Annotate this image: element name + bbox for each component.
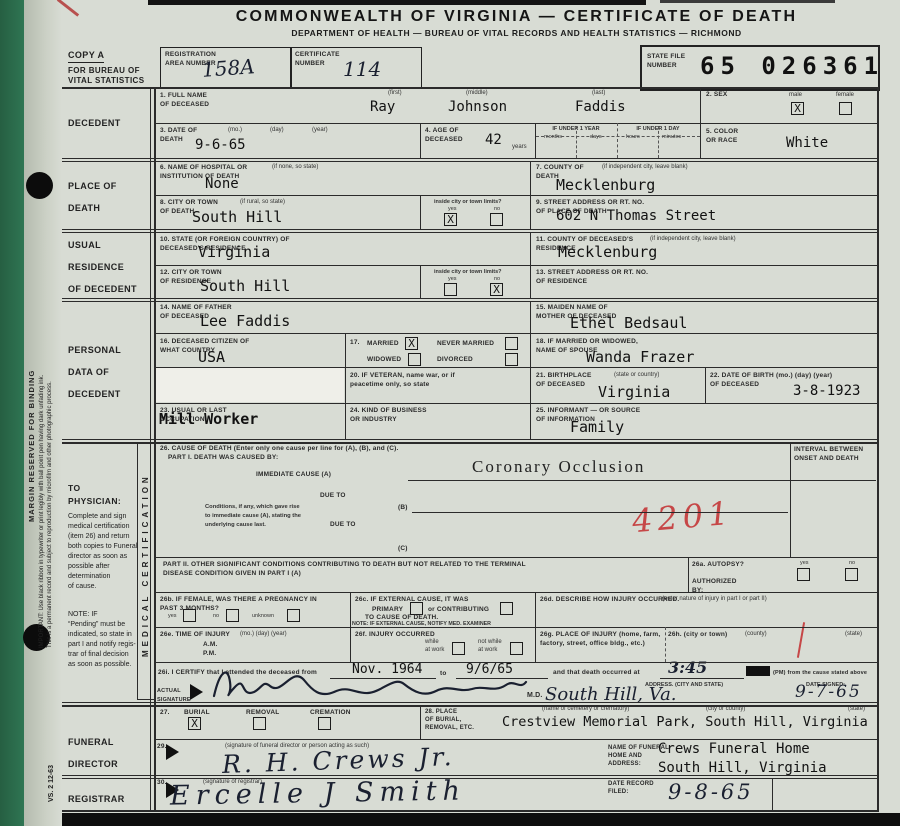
last-name-hint: (last) <box>592 90 605 98</box>
spouse-name-value: Wanda Frazer <box>586 348 694 366</box>
rule-line <box>530 301 531 333</box>
rule-line <box>535 627 536 662</box>
field-4-label: 4. AGE OF DECEASED <box>425 127 463 144</box>
field-6-hint: (if none, so state) <box>272 164 318 172</box>
race-value: White <box>786 135 828 151</box>
due-to-2-label: DUE TO <box>330 521 356 530</box>
field-7-hint: (if independent city, leave blank) <box>602 164 688 172</box>
rule-line <box>350 627 351 662</box>
rule-line <box>62 442 878 444</box>
field-26e-label: 26e. TIME OF INJURY <box>160 631 230 640</box>
field-26-label: 26. CAUSE OF DEATH (Enter only one cause… <box>160 445 399 454</box>
limits-question-death: inside city or town limits? <box>434 199 502 207</box>
autopsy-yes-checkbox <box>797 568 810 581</box>
form-code: VS. 2 12-63 <box>48 765 55 802</box>
copy-sublabel: FOR BUREAU OF VITAL STATISTICS <box>68 66 144 86</box>
section-personal-data: PERSONAL DATA OF DECEDENT <box>68 339 121 405</box>
rule-line <box>155 403 877 404</box>
rule-line <box>150 87 151 812</box>
pregnancy-unknown-label: unknown <box>252 613 274 621</box>
rule-line <box>530 403 531 439</box>
never-married-label: NEVER MARRIED <box>437 340 494 349</box>
rule-line <box>155 195 877 196</box>
rule-line <box>330 678 436 679</box>
autopsy-no-checkbox <box>845 568 858 581</box>
date-record-filed-label: DATE RECORD FILED: <box>608 780 654 796</box>
limits-death-no-checkbox <box>490 213 503 226</box>
physician-signature <box>208 662 528 702</box>
top-edge-bar-2 <box>660 0 835 3</box>
date-of-death-value: 9-6-65 <box>195 137 246 153</box>
rule-line <box>408 480 876 481</box>
rule-line <box>62 87 878 89</box>
rule-line <box>62 778 878 779</box>
punch-hole <box>26 172 53 199</box>
autopsy-yes-label: yes <box>800 560 809 568</box>
rule-line <box>350 592 351 627</box>
physician-instructions: Complete and sign medical certification … <box>68 512 152 592</box>
age-value: 42 <box>485 132 502 148</box>
conditions-note: Conditions, if any, which gave rise to i… <box>205 503 301 530</box>
field-21-label: 21. BIRTHPLACE OF DECEASED <box>536 372 592 389</box>
rule-line <box>155 123 877 124</box>
cause-code-handwritten: 4201 <box>631 494 735 541</box>
section-decedent: DECEDENT <box>68 112 121 134</box>
pregnancy-unknown-checkbox <box>287 609 300 622</box>
rule-line <box>155 627 877 628</box>
field-20-label: 20. IF VETERAN, name war, or if peacetim… <box>350 372 455 389</box>
pregnancy-no-checkbox <box>226 609 239 622</box>
state-hint-28: (state) <box>848 706 865 714</box>
deceased-first-name: Ray <box>370 99 395 115</box>
immediate-cause-label: IMMEDIATE CAUSE (A) <box>256 471 331 480</box>
cause-b-label: (B) <box>398 504 408 513</box>
autopsy-no-label: no <box>849 560 855 568</box>
age-unit: years <box>512 144 527 152</box>
rule-line <box>660 678 744 679</box>
county-of-death-value: Mecklenburg <box>556 176 655 194</box>
rule-line <box>62 702 878 703</box>
limits-question-residence: inside city or town limits? <box>434 269 502 277</box>
state-file-label: STATE FILE NUMBER <box>647 53 685 70</box>
pregnancy-no-label: no <box>213 613 219 621</box>
deceased-middle-name: Johnson <box>448 99 507 115</box>
dashed-rule-line <box>658 126 659 158</box>
dashed-rule-line <box>536 136 700 137</box>
rule-line <box>705 367 706 403</box>
section-funeral-director: FUNERAL DIRECTOR <box>68 731 118 775</box>
rule-line <box>155 739 877 740</box>
field-26f-label: 26f. INJURY OCCURRED <box>355 631 435 640</box>
am-label: A.M. <box>203 641 218 650</box>
rule-line <box>155 662 877 663</box>
section-place-of-death: PLACE OF DEATH <box>68 175 117 219</box>
male-checkbox: X <box>791 102 804 115</box>
dashed-rule-line <box>617 123 618 158</box>
certificate-number-value: 114 <box>343 57 381 81</box>
field-13-label: 13. STREET ADDRESS OR RT. NO. OF RESIDEN… <box>536 269 648 286</box>
field-24-label: 24. KIND OF BUSINESS OR INDUSTRY <box>350 407 427 424</box>
occupation-value: Mill Worker <box>159 410 258 428</box>
rule-line <box>456 678 548 679</box>
female-label: female <box>836 92 854 100</box>
hospital-value: None <box>205 176 239 192</box>
state-hint: (state) <box>845 631 862 639</box>
not-while-at-work-checkbox <box>510 642 523 655</box>
rule-line <box>700 123 701 158</box>
married-checkbox: X <box>405 337 418 350</box>
rule-line <box>530 265 531 298</box>
pending-note: NOTE: IF “Pending” must be indicated, so… <box>68 610 156 670</box>
field-21-hint: (state or country) <box>614 372 659 380</box>
month-hint: (mo.) <box>228 127 242 135</box>
rule-line <box>62 301 878 302</box>
not-while-at-work-label: not while at work <box>478 639 502 654</box>
rule-line <box>530 232 531 265</box>
am-strikeout: (AM) <box>746 666 770 676</box>
residence-city-value: South Hill <box>200 277 290 295</box>
field-3-label: 3. DATE OF DEATH <box>160 127 197 144</box>
rule-line <box>62 161 878 162</box>
field-28-label: 28. PLACE OF BURIAL, REMOVAL, ETC. <box>425 708 474 732</box>
rule-line <box>155 265 877 266</box>
date-signed-value: 9-7-65 <box>795 682 862 702</box>
burial-place-value: Crestview Memorial Park, South Hill, Vir… <box>502 714 868 730</box>
deceased-last-name: Faddis <box>575 99 626 115</box>
md-label: M.D. <box>527 692 543 701</box>
signature-arrow-physician <box>190 684 203 700</box>
field-26a-label: 26a. AUTOPSY? <box>692 561 744 570</box>
residence-county-value: Mecklenburg <box>558 243 657 261</box>
mother-name-value: Ethel Bedsaul <box>570 314 687 332</box>
pm-label: P.M. <box>203 650 216 659</box>
certificate-subtitle: DEPARTMENT OF HEALTH — BUREAU OF VITAL R… <box>155 28 878 38</box>
city-of-death-value: South Hill <box>192 208 282 226</box>
female-checkbox <box>839 102 852 115</box>
birthplace-value: Virginia <box>598 383 670 401</box>
limits-death-yes-checkbox: X <box>444 213 457 226</box>
middle-name-hint: (middle) <box>466 90 488 98</box>
widowed-checkbox <box>408 353 421 366</box>
field-1-label: 1. FULL NAME OF DECEASED <box>160 92 209 109</box>
cemetery-hint: (name of cemetery or crematory) <box>542 706 629 714</box>
dashed-rule-line <box>576 126 577 158</box>
section-usual-residence: USUAL RESIDENCE OF DECEDENT <box>68 234 137 300</box>
rule-line <box>420 265 421 298</box>
first-name-hint: (first) <box>388 90 402 98</box>
rule-line <box>154 87 156 812</box>
binding-important-note: IMPORTANT: Use black ribbon in typewrite… <box>38 258 54 648</box>
pregnancy-yes-label: yes <box>168 613 177 621</box>
year-hint: (year) <box>312 127 328 135</box>
rule-line <box>420 123 421 158</box>
male-label: male <box>789 92 802 100</box>
rule-line <box>155 592 877 593</box>
while-at-work-checkbox <box>452 642 465 655</box>
rule-line <box>62 439 878 440</box>
rule-line <box>420 705 421 739</box>
rule-line <box>790 442 791 557</box>
field-26h-label: 26h. (city or town) <box>668 631 727 640</box>
part1-label: PART I. DEATH WAS CAUSED BY: <box>168 454 278 463</box>
contributing-checkbox <box>500 602 513 615</box>
rule-line <box>62 810 878 812</box>
binding-green-band <box>0 0 24 826</box>
rule-line <box>345 403 346 439</box>
county-hint: (county) <box>745 631 767 639</box>
street-of-death-value: 602 N Thomas Street <box>556 208 716 224</box>
field-26e-cols: (mo.) (day) (year) <box>240 631 287 639</box>
binding-margin-label: MARGIN RESERVED FOR BINDING <box>27 370 36 522</box>
signature-arrow-funeral <box>166 744 179 760</box>
death-certificate-scan: MARGIN RESERVED FOR BINDING IMPORTANT: U… <box>0 0 900 826</box>
rule-line <box>62 232 878 233</box>
rule-line <box>155 557 877 558</box>
rule-line <box>137 442 138 700</box>
rule-line <box>62 705 878 707</box>
interval-label: INTERVAL BETWEEN ONSET AND DEATH <box>794 446 863 463</box>
field-26d-label: 26d. DESCRIBE HOW INJURY OCCURRED. <box>540 596 679 605</box>
field-27-label: 27. <box>160 709 170 718</box>
funeral-home-address: South Hill, Virginia <box>658 760 827 776</box>
while-at-work-label: while at work <box>425 639 444 654</box>
copy-label: COPY A <box>68 50 104 63</box>
cause-c-label: (C) <box>398 545 408 554</box>
rule-line <box>530 367 531 403</box>
funeral-home-name: Crews Funeral Home <box>658 741 810 757</box>
to-physician-label: TO PHYSICIAN: <box>68 482 121 508</box>
certificate-number-label: CERTIFICATE NUMBER <box>295 51 340 68</box>
widowed-label: WIDOWED <box>367 356 401 365</box>
dashed-rule-line <box>665 627 666 662</box>
citizen-value: USA <box>198 348 225 366</box>
field-26d-hint: (enter nature of injury in part I or par… <box>662 596 767 604</box>
removal-checkbox <box>253 717 266 730</box>
rule-line <box>412 512 788 513</box>
rule-line <box>345 367 346 403</box>
part2-label: PART II. OTHER SIGNIFICANT CONDITIONS CO… <box>163 561 526 578</box>
certificate-title: COMMONWEALTH OF VIRGINIA — CERTIFICATE O… <box>155 8 878 26</box>
divorced-label: DIVORCED <box>437 356 473 365</box>
rule-line <box>535 123 536 158</box>
city-county-hint: (city or county) <box>706 706 745 714</box>
pregnancy-yes-checkbox <box>183 609 196 622</box>
field-17-label: 17. <box>350 339 360 348</box>
redaction-whiteout <box>156 368 344 402</box>
rule-line <box>62 158 878 159</box>
rule-line <box>530 333 531 367</box>
rule-line <box>700 87 701 123</box>
rule-line <box>345 333 346 367</box>
limits-residence-no-checkbox: X <box>490 283 503 296</box>
rule-line <box>155 367 877 368</box>
cremation-checkbox <box>318 717 331 730</box>
field-8-hint: (if rural, so state) <box>240 199 285 207</box>
registrar-signature: Ercelle J Smith <box>170 775 466 811</box>
field-26g-label: 26g. PLACE OF INJURY (home, farm, factor… <box>540 631 660 648</box>
date-of-birth-value: 3-8-1923 <box>793 383 860 399</box>
informant-value: Family <box>570 418 624 436</box>
married-label: MARRIED <box>367 340 399 349</box>
rule-line <box>155 333 877 334</box>
rule-line <box>137 699 155 700</box>
never-married-checkbox <box>505 337 518 350</box>
limits-residence-yes-checkbox <box>444 283 457 296</box>
field-2-label: 2. SEX <box>706 91 727 100</box>
bottom-edge-bar <box>62 813 900 826</box>
immediate-cause-value: Coronary Occlusion <box>472 457 645 477</box>
rule-line <box>62 229 878 230</box>
day-hint: (day) <box>270 127 284 135</box>
rule-line <box>877 87 879 812</box>
divorced-checkbox <box>505 353 518 366</box>
rule-line <box>62 775 878 776</box>
burial-checkbox: X <box>188 717 201 730</box>
state-file-value: 65 026361 <box>700 52 884 80</box>
rule-line <box>535 592 536 627</box>
rule-line <box>688 557 689 592</box>
section-registrar: REGISTRAR <box>68 788 125 810</box>
rule-line <box>772 778 773 810</box>
rule-line <box>530 161 531 195</box>
pm-suffix-label: (PM) from the cause stated above <box>773 669 867 678</box>
rule-line <box>420 195 421 229</box>
registration-area-value: 158A <box>201 54 255 82</box>
date-record-filed-value: 9-8-65 <box>668 780 754 804</box>
death-time-value: 3:45 <box>668 658 707 677</box>
field-11-hint: (if independent city, leave blank) <box>650 236 736 244</box>
due-to-1-label: DUE TO <box>320 492 346 501</box>
residence-state-value: Virginia <box>198 243 270 261</box>
father-name-value: Lee Faddis <box>200 312 290 330</box>
death-occurred-label: and that death occurred at <box>553 669 640 678</box>
top-edge-bar <box>148 0 646 5</box>
field-5-label: 5. COLOR OR RACE <box>706 128 738 145</box>
rule-line <box>62 298 878 299</box>
rule-line <box>530 195 531 229</box>
